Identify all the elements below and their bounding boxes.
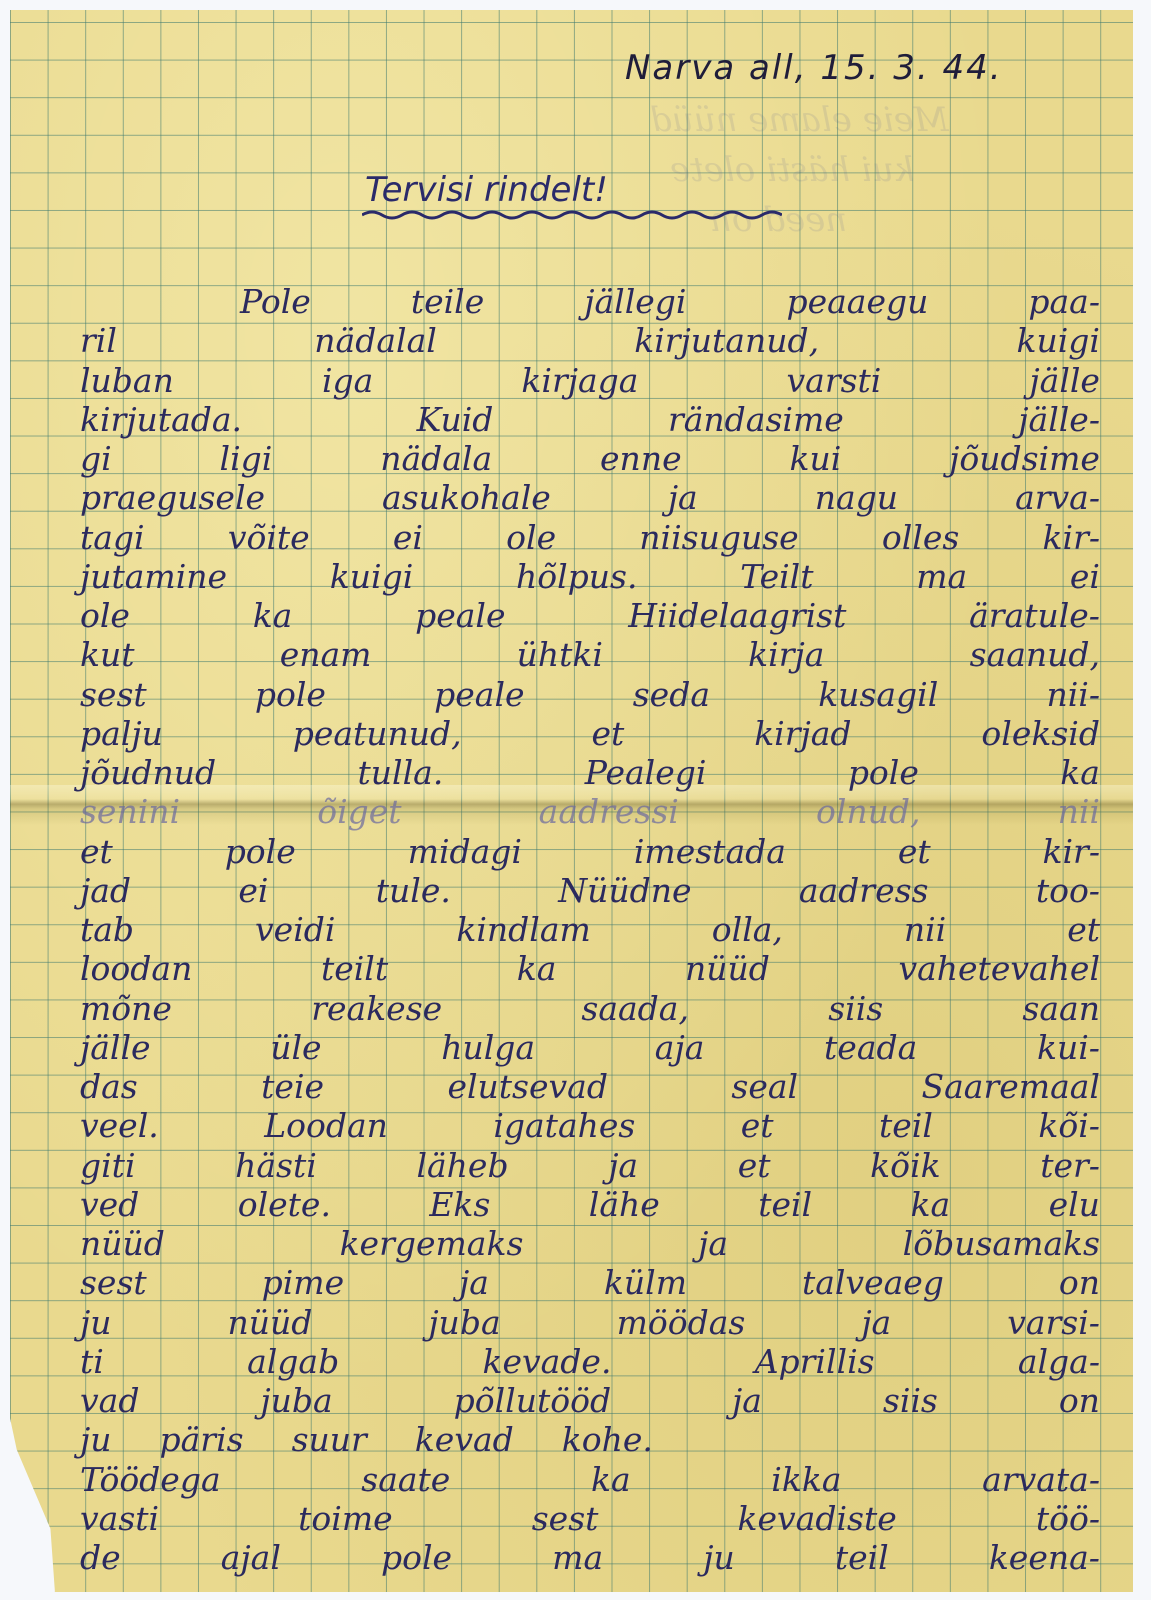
word: et — [898, 832, 931, 872]
word: vahetevahel — [898, 949, 1100, 989]
body-line: jutaminekuigihõlpus.Teiltmaei — [80, 557, 1100, 597]
word: nädala — [380, 439, 492, 479]
word: ti — [80, 1342, 104, 1382]
word: saada, — [581, 989, 689, 1029]
body-line: sestpolepealesedakusagilnii- — [80, 675, 1100, 715]
word: asukohale — [382, 478, 551, 518]
word: elu — [1049, 1185, 1100, 1225]
body-line: jõudnudtulla.Pealegipoleka — [80, 753, 1100, 793]
word: ole — [80, 596, 130, 636]
word: rändasime — [668, 400, 844, 440]
word: aadressi — [539, 792, 679, 832]
word: kirjaga — [521, 361, 638, 401]
word: Eks — [429, 1185, 490, 1225]
body-line: seniniõigetaadressiolnud,nii — [80, 792, 1100, 832]
word: luban — [80, 361, 174, 401]
word: jällegi — [584, 282, 686, 322]
word: pole — [255, 675, 326, 715]
word: peale — [434, 675, 524, 715]
word: ja — [732, 1381, 762, 1421]
word: kevad — [415, 1420, 514, 1460]
body-line: deajalpolemajuteilkeena- — [80, 1538, 1100, 1578]
word: reakese — [311, 989, 442, 1029]
word: tule. — [376, 871, 451, 911]
word: nüüd — [685, 949, 770, 989]
body-line: tagivõiteeioleniisuguseolleskir- — [80, 518, 1100, 558]
word: sest — [80, 675, 147, 715]
word: peatunud, — [293, 714, 462, 754]
word: töö- — [1036, 1499, 1100, 1539]
body-line: vastitoimesestkevadistetöö- — [80, 1499, 1100, 1539]
word: keena- — [989, 1538, 1100, 1578]
word: ikka — [771, 1460, 841, 1500]
word: olete. — [238, 1185, 331, 1225]
word: ju — [80, 1303, 112, 1343]
word: das — [80, 1067, 138, 1107]
word: toime — [298, 1499, 393, 1539]
letter-body: Poleteilejällegipeaaegupaa-rilnädalalkir… — [10, 10, 1133, 1592]
word: kohe. — [562, 1420, 653, 1460]
body-line: jupärissuurkevadkohe. — [80, 1420, 1100, 1460]
word: põllutööd — [454, 1381, 611, 1421]
word: gi — [80, 439, 112, 479]
word: nii- — [1046, 675, 1100, 715]
word: nagu — [815, 478, 898, 518]
word: olles — [882, 518, 959, 558]
word: ligi — [220, 439, 273, 479]
word: üle — [270, 1028, 321, 1068]
word: ja — [668, 478, 698, 518]
body-line: Töödegasaatekaikkaarvata- — [80, 1460, 1100, 1500]
word: tagi — [80, 518, 145, 558]
body-line: giliginädalaennekuijõudsime — [80, 439, 1100, 479]
word: kui — [789, 439, 841, 479]
body-line: paljupeatunud,etkirjadoleksid — [80, 714, 1100, 754]
word: ril — [80, 321, 117, 361]
word: olnud, — [816, 792, 921, 832]
word: teil — [879, 1106, 933, 1146]
word: äratule- — [969, 596, 1100, 636]
word: hulga — [441, 1028, 535, 1068]
word: enne — [600, 439, 682, 479]
word: teil — [758, 1185, 812, 1225]
word: juba — [260, 1381, 332, 1421]
word: kõi- — [1038, 1106, 1100, 1146]
letter-paper: Meie elame nüüd kui hästi olete need on … — [10, 10, 1133, 1592]
word: ter- — [1040, 1146, 1100, 1186]
word: suur — [292, 1420, 367, 1460]
word: aja — [655, 1028, 705, 1068]
word: kirjad — [754, 714, 851, 754]
word: teil — [835, 1538, 889, 1578]
word: juba — [428, 1303, 500, 1343]
word: ka — [911, 1185, 951, 1225]
body-line: dasteieelutsevadsealSaaremaal — [80, 1067, 1100, 1107]
body-line: tialgabkevade.Aprillisalga- — [80, 1342, 1100, 1382]
body-line: kirjutada.Kuidrändasimejälle- — [80, 400, 1100, 440]
word: Aprillis — [755, 1342, 875, 1382]
word: Pole — [240, 282, 311, 322]
word: varsi- — [1007, 1303, 1100, 1343]
body-line: loodanteiltkanüüdvahetevahel — [80, 949, 1100, 989]
word: de — [80, 1538, 121, 1578]
word: pime — [262, 1263, 345, 1303]
word: on — [1059, 1263, 1100, 1303]
word: jutamine — [80, 557, 227, 597]
word: kir- — [1043, 518, 1100, 558]
word: vad — [80, 1381, 139, 1421]
word: külm — [604, 1263, 687, 1303]
word: tulla. — [358, 753, 444, 793]
word: ei — [1070, 557, 1100, 597]
word: alga- — [1018, 1342, 1100, 1382]
word: enam — [280, 635, 372, 675]
word: pole — [381, 1538, 452, 1578]
word: ka — [253, 596, 293, 636]
body-line: praeguseleasukohalejanaguarva- — [80, 478, 1100, 518]
word: niisuguse — [639, 518, 798, 558]
word: ole — [506, 518, 556, 558]
word: et — [741, 1106, 774, 1146]
word: imestada — [634, 832, 786, 872]
word: paa- — [1028, 282, 1100, 322]
word: varsti — [787, 361, 882, 401]
word: kut — [80, 635, 135, 675]
body-line: vedolete.Eksläheteilkaelu — [80, 1185, 1100, 1225]
word: ka — [1060, 753, 1100, 793]
word: loodan — [80, 949, 192, 989]
word: senini — [80, 792, 180, 832]
word: lõbusamaks — [903, 1224, 1100, 1264]
body-line: jälleülehulgaajateadakui- — [80, 1028, 1100, 1068]
word: midagi — [408, 832, 522, 872]
word: nii — [904, 910, 946, 950]
word: nüüd — [80, 1224, 165, 1264]
word: saate — [361, 1460, 450, 1500]
word: ja — [608, 1146, 638, 1186]
word: ka — [517, 949, 557, 989]
word: ma — [916, 557, 967, 597]
word: Teilt — [740, 557, 813, 597]
word: on — [1059, 1381, 1100, 1421]
word: Kuid — [417, 400, 494, 440]
word: aadress — [799, 871, 929, 911]
body-line: rilnädalalkirjutanud,kuigi — [80, 321, 1100, 361]
word: kuigi — [330, 557, 413, 597]
word: õiget — [317, 792, 401, 832]
word: siis — [883, 1381, 938, 1421]
body-line: vadjubapõllutöödjasiison — [80, 1381, 1100, 1421]
word: jad — [80, 871, 131, 911]
word: Hiidelaagrist — [628, 596, 846, 636]
word: kui- — [1037, 1028, 1100, 1068]
word: hõlpus. — [516, 557, 637, 597]
word: oleksid — [981, 714, 1100, 754]
word: teada — [824, 1028, 917, 1068]
word: kirjutanud, — [634, 321, 819, 361]
word: ja — [698, 1224, 728, 1264]
body-line: jadeitule.Nüüdneaadresstoo- — [80, 871, 1100, 911]
word: nüüd — [227, 1303, 312, 1343]
word: lähe — [589, 1185, 660, 1225]
word: päris — [160, 1420, 244, 1460]
body-line: mõnereakesesaada,siissaan — [80, 989, 1100, 1029]
body-line: olekapealeHiidelaagristäratule- — [80, 596, 1100, 636]
word: algab — [247, 1342, 339, 1382]
word: jälle — [80, 1028, 151, 1068]
word: seal — [731, 1067, 798, 1107]
word: saanud, — [970, 635, 1100, 675]
word: Saaremaal — [922, 1067, 1100, 1107]
word: ja — [459, 1263, 489, 1303]
word: võite — [228, 518, 310, 558]
word: ajal — [221, 1538, 281, 1578]
body-line: etpolemidagiimestadaetkir- — [80, 832, 1100, 872]
word: kuigi — [1017, 321, 1100, 361]
word: palju — [80, 714, 163, 754]
word: et — [1067, 910, 1100, 950]
word: ju — [703, 1538, 735, 1578]
body-line: sestpimejakülmtalveaegon — [80, 1263, 1100, 1303]
word: jälle- — [1018, 400, 1100, 440]
word: Töödega — [80, 1460, 221, 1500]
word: arva- — [1015, 478, 1100, 518]
word: nii — [1058, 792, 1100, 832]
word: praegusele — [80, 478, 265, 518]
word: teile — [411, 282, 484, 322]
word: arvata- — [982, 1460, 1100, 1500]
word: tab — [80, 910, 134, 950]
word: kusagil — [818, 675, 938, 715]
word: iga — [322, 361, 373, 401]
body-line: lubanigakirjagavarstijälle — [80, 361, 1100, 401]
word: peale — [415, 596, 505, 636]
body-line: gitihästilähebjaetkõikter- — [80, 1146, 1100, 1186]
word: ka — [591, 1460, 631, 1500]
word: möödas — [617, 1303, 746, 1343]
body-line: junüüdjubamöödasjavarsi- — [80, 1303, 1100, 1343]
word: veidi — [255, 910, 335, 950]
word: giti — [80, 1146, 136, 1186]
word: ma — [552, 1538, 603, 1578]
word: ei — [238, 871, 268, 911]
body-line: veel.Loodanigatahesetteilkõi- — [80, 1106, 1100, 1146]
word: Loodan — [264, 1106, 388, 1146]
word: ja — [861, 1303, 891, 1343]
word: et — [738, 1146, 771, 1186]
word: peaaegu — [786, 282, 928, 322]
word: teie — [261, 1067, 324, 1107]
word: ühtki — [517, 635, 603, 675]
word: seda — [633, 675, 710, 715]
word: saan — [1022, 989, 1100, 1029]
word: ved — [80, 1185, 139, 1225]
word: pole — [225, 832, 296, 872]
word: et — [592, 714, 625, 754]
word: kõik — [870, 1146, 940, 1186]
word: jälle — [1029, 361, 1100, 401]
word: kevade. — [482, 1342, 611, 1382]
body-line: kutenamühtkikirjasaanud, — [80, 635, 1100, 675]
word: kindlam — [456, 910, 590, 950]
word: siis — [828, 989, 883, 1029]
word: kevadiste — [738, 1499, 897, 1539]
word: kirja — [748, 635, 824, 675]
body-line: tabveidikindlamolla,niiet — [80, 910, 1100, 950]
body-line: nüüdkergemaksjalõbusamaks — [80, 1224, 1100, 1264]
word: ei — [393, 518, 423, 558]
word: sest — [80, 1263, 147, 1303]
word: ju — [80, 1420, 112, 1460]
word: et — [80, 832, 113, 872]
word: elutsevad — [447, 1067, 608, 1107]
word: olla, — [712, 910, 783, 950]
word: mõne — [80, 989, 172, 1029]
word: pole — [848, 753, 919, 793]
word: teilt — [321, 949, 388, 989]
word: jõudsime — [949, 439, 1100, 479]
body-line: Poleteilejällegipeaaegupaa- — [240, 282, 1100, 322]
word: läheb — [416, 1146, 508, 1186]
word: hästi — [235, 1146, 317, 1186]
word: vasti — [80, 1499, 159, 1539]
word: veel. — [80, 1106, 159, 1146]
word: Nüüdne — [558, 871, 691, 911]
word: kergemaks — [340, 1224, 524, 1264]
word: jõudnud — [80, 753, 216, 793]
word: sest — [532, 1499, 599, 1539]
word: igatahes — [493, 1106, 635, 1146]
word: kir- — [1043, 832, 1100, 872]
word: Pealegi — [585, 753, 707, 793]
word: too- — [1036, 871, 1100, 911]
word: kirjutada. — [80, 400, 242, 440]
word: talveaeg — [802, 1263, 944, 1303]
word: nädalal — [314, 321, 437, 361]
